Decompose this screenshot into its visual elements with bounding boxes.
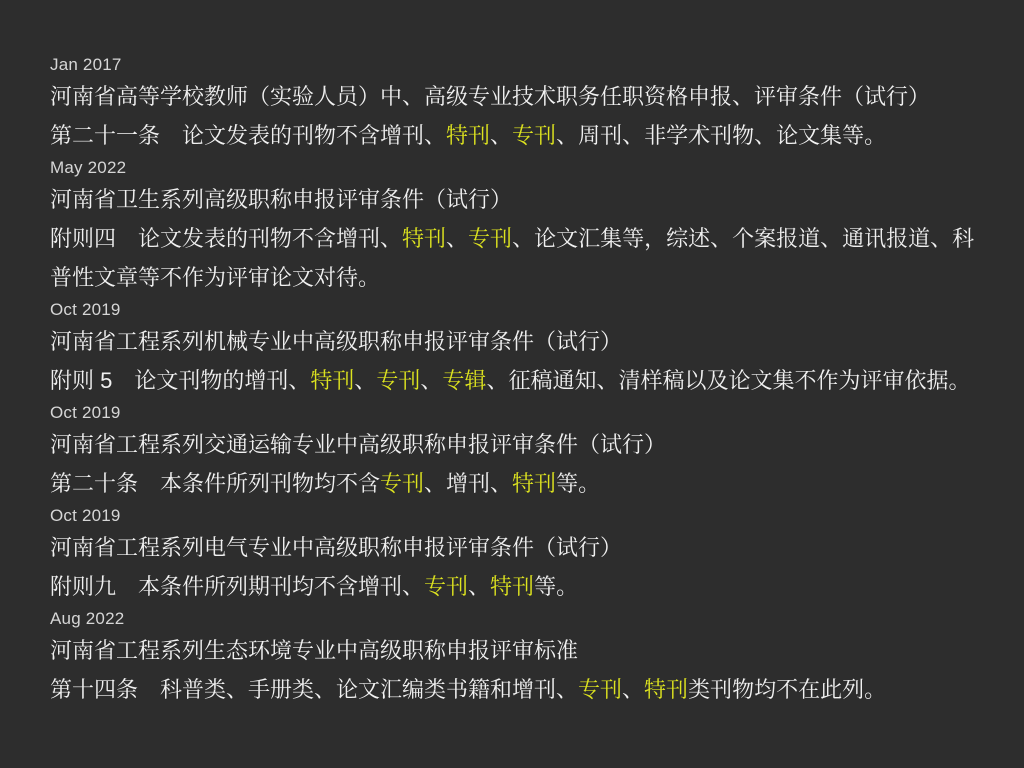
- entry-title: 河南省卫生系列高级职称申报评审条件（试行）: [50, 180, 1004, 219]
- text-segment: 第二十一条 论文发表的刊物不含增刊、: [50, 123, 446, 148]
- entry: Aug 2022河南省工程系列生态环境专业中高级职称申报评审标准第十四条 科普类…: [50, 606, 1004, 709]
- entry-title: 河南省工程系列电气专业中高级职称申报评审条件（试行）: [50, 528, 1004, 567]
- text-segment: 、: [420, 368, 442, 393]
- highlighted-term: 特刊: [310, 368, 354, 393]
- highlighted-term: 专刊: [380, 471, 424, 496]
- entry: May 2022河南省卫生系列高级职称申报评审条件（试行）附则四 论文发表的刊物…: [50, 155, 1004, 297]
- highlighted-term: 专刊: [468, 226, 512, 251]
- entry: Oct 2019河南省工程系列电气专业中高级职称申报评审条件（试行）附则九 本条…: [50, 503, 1004, 606]
- entry-title: 河南省高等学校教师（实验人员）中、高级专业技术职务任职资格申报、评审条件（试行）: [50, 77, 1004, 116]
- highlighted-term: 特刊: [512, 471, 556, 496]
- highlighted-term: 专刊: [376, 368, 420, 393]
- highlighted-term: 特刊: [644, 677, 688, 702]
- entry: Oct 2019河南省工程系列机械专业中高级职称申报评审条件（试行）附则 5 论…: [50, 297, 1004, 400]
- highlighted-term: 特刊: [402, 226, 446, 251]
- text-segment: 、周刊、非学术刊物、论文集等。: [556, 123, 886, 148]
- text-segment: 、增刊、: [424, 471, 512, 496]
- text-segment: 、征稿通知、清样稿以及论文集不作为评审依据。: [486, 368, 970, 393]
- text-segment: 类刊物均不在此列。: [688, 677, 886, 702]
- text-segment: 、: [622, 677, 644, 702]
- text-segment: 、: [468, 574, 490, 599]
- entry-body: 附则 5 论文刊物的增刊、特刊、专刊、专辑、征稿通知、清样稿以及论文集不作为评审…: [50, 361, 980, 400]
- entry: Oct 2019河南省工程系列交通运输专业中高级职称申报评审条件（试行）第二十条…: [50, 400, 1004, 503]
- text-segment: 附则四 论文发表的刊物不含增刊、: [50, 226, 402, 251]
- highlighted-term: 特刊: [490, 574, 534, 599]
- entry-date: Oct 2019: [50, 297, 1004, 322]
- entry: Jan 2017河南省高等学校教师（实验人员）中、高级专业技术职务任职资格申报、…: [50, 52, 1004, 155]
- entry-body: 第二十一条 论文发表的刊物不含增刊、特刊、专刊、周刊、非学术刊物、论文集等。: [50, 116, 980, 155]
- entry-title: 河南省工程系列生态环境专业中高级职称申报评审标准: [50, 631, 1004, 670]
- entry-date: Oct 2019: [50, 503, 1004, 528]
- entry-body: 第十四条 科普类、手册类、论文汇编类书籍和增刊、专刊、特刊类刊物均不在此列。: [50, 670, 980, 709]
- entry-body: 附则四 论文发表的刊物不含增刊、特刊、专刊、论文汇集等，综述、个案报道、通讯报道…: [50, 219, 980, 297]
- highlighted-term: 专辑: [442, 368, 486, 393]
- text-segment: 第二十条 本条件所列刊物均不含: [50, 471, 380, 496]
- entry-body: 附则九 本条件所列期刊均不含增刊、专刊、特刊等。: [50, 567, 980, 606]
- highlighted-term: 特刊: [446, 123, 490, 148]
- entry-date: May 2022: [50, 155, 1004, 180]
- entry-date: Oct 2019: [50, 400, 1004, 425]
- text-segment: 第十四条 科普类、手册类、论文汇编类书籍和增刊、: [50, 677, 578, 702]
- text-segment: 等。: [534, 574, 578, 599]
- entry-title: 河南省工程系列机械专业中高级职称申报评审条件（试行）: [50, 322, 1004, 361]
- entry-title: 河南省工程系列交通运输专业中高级职称申报评审条件（试行）: [50, 425, 1004, 464]
- entry-body: 第二十条 本条件所列刊物均不含专刊、增刊、特刊等。: [50, 464, 980, 503]
- text-segment: 、: [354, 368, 376, 393]
- text-segment: 附则九 本条件所列期刊均不含增刊、: [50, 574, 424, 599]
- text-segment: 、: [446, 226, 468, 251]
- text-segment: 、: [490, 123, 512, 148]
- entry-date: Aug 2022: [50, 606, 1004, 631]
- highlighted-term: 专刊: [512, 123, 556, 148]
- highlighted-term: 专刊: [578, 677, 622, 702]
- text-segment: 等。: [556, 471, 600, 496]
- regulation-timeline: Jan 2017河南省高等学校教师（实验人员）中、高级专业技术职务任职资格申报、…: [0, 0, 1024, 709]
- entry-date: Jan 2017: [50, 52, 1004, 77]
- highlighted-term: 专刊: [424, 574, 468, 599]
- text-segment: 附则 5 论文刊物的增刊、: [50, 368, 310, 393]
